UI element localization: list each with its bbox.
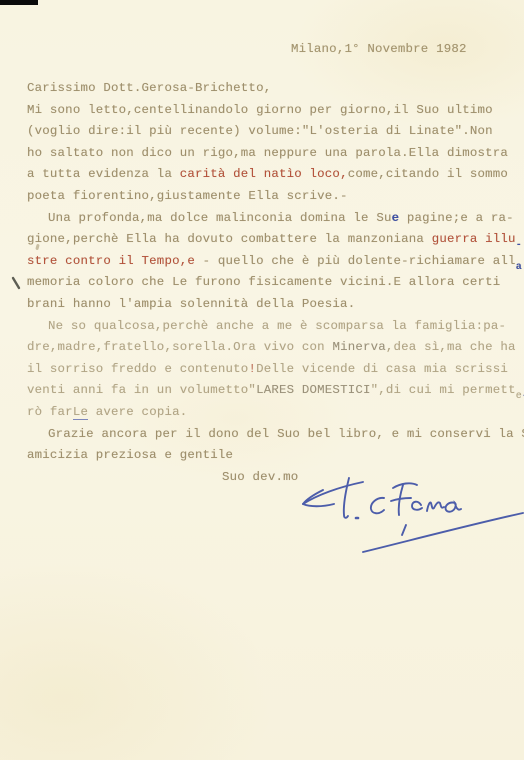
text-segment: Minerva xyxy=(332,340,385,354)
text-segment: avere copia. xyxy=(88,405,187,419)
letter-line: memoria coloro che Le furono fisicamente… xyxy=(27,272,513,294)
text-segment: (voglio dire:il più recente) volume:"L'o… xyxy=(27,124,493,138)
text-segment: a xyxy=(516,262,522,273)
letter-line: Ne so qualcosa,perchè anche a me è scomp… xyxy=(27,316,513,338)
text-segment: ! xyxy=(248,362,256,376)
letter-line: (voglio dire:il più recente) volume:"L'o… xyxy=(27,121,513,143)
letter-line: rò farLe avere copia. xyxy=(27,402,513,424)
text-segment: rò far xyxy=(27,405,73,419)
text-segment: a tutta evidenza la xyxy=(27,167,180,181)
signature-underline xyxy=(363,513,523,552)
letter-line: a tutta evidenza la carità del natìo loc… xyxy=(27,164,513,186)
text-segment: poeta fiorentino,giustamente Ella scrive… xyxy=(27,189,348,203)
text-segment: il sorriso freddo e contenuto xyxy=(27,362,248,376)
letter-line: amicizia preziosa e gentile xyxy=(27,445,513,467)
text-segment: memoria coloro che Le furono fisicamente… xyxy=(27,275,500,289)
letter-line: Grazie ancora per il dono del Suo bel li… xyxy=(27,424,513,446)
text-segment: - quello che è più dolente-richiamare al… xyxy=(195,254,516,268)
text-segment: ho saltato non dico un rigo,ma neppure u… xyxy=(27,146,508,160)
text-segment: pagine;e a ra- xyxy=(399,211,514,225)
text-segment: Carissimo Dott.Gerosa-Brichetto, xyxy=(27,81,271,95)
letter-line: dre,madre,fratello,sorella.Ora vivo con … xyxy=(27,337,513,359)
text-segment: - xyxy=(516,240,522,251)
letter-line: venti anni fa in un volumetto"LARES DOME… xyxy=(27,380,513,402)
text-segment: come,citando il sommo xyxy=(348,167,508,181)
text-segment: Una profonda,ma dolce malinconia domina … xyxy=(48,211,392,225)
text-segment: Delle vicende di casa mia scrissi xyxy=(256,362,508,376)
text-segment: guerra illu xyxy=(432,232,516,246)
signature-handwriting xyxy=(293,468,524,563)
letter-line: il sorriso freddo e contenuto!Delle vice… xyxy=(27,359,513,381)
text-segment: amicizia preziosa e gentile xyxy=(27,448,233,462)
letter-line: poeta fiorentino,giustamente Ella scrive… xyxy=(27,186,513,208)
text-segment: LARES DOMESTICI xyxy=(256,383,371,397)
letter-line: gione,perchè Ella ha dovuto combattere l… xyxy=(27,229,513,251)
letter-date: Milano,1° Novembre 1982 xyxy=(291,42,467,56)
text-segment: stre contro il Tempo,e xyxy=(27,254,195,268)
letter-line: Mi sono letto,centellinandolo giorno per… xyxy=(27,100,513,122)
text-segment: Mi sono letto,centellinandolo giorno per… xyxy=(27,103,493,117)
text-segment: venti anni fa in un volumetto" xyxy=(27,383,256,397)
text-segment: ,dea sì,ma che ha xyxy=(386,340,516,354)
letter-body: Carissimo Dott.Gerosa-Brichetto,Mi sono … xyxy=(27,78,513,488)
text-segment: Le xyxy=(73,405,88,420)
letter-line: Una profonda,ma dolce malinconia domina … xyxy=(27,208,513,230)
margin-pen-mark xyxy=(10,275,24,295)
text-segment: Grazie ancora per il dono del Suo bel li… xyxy=(48,427,524,441)
text-segment: carità del natìo loco, xyxy=(180,167,348,181)
text-segment: Suo dev.mo xyxy=(222,470,298,484)
letter-line: ho saltato non dico un rigo,ma neppure u… xyxy=(27,143,513,165)
salutation: Carissimo Dott.Gerosa-Brichetto, xyxy=(27,78,513,100)
scan-artifact-bar xyxy=(0,0,38,5)
text-segment: dre,madre,fratello,sorella.Ora vivo con xyxy=(27,340,332,354)
text-segment: brani hanno l'ampia solennità della Poes… xyxy=(27,297,355,311)
text-segment: Ne so qualcosa,perchè anche a me è scomp… xyxy=(48,319,506,333)
text-segment: ",di cui mi permett xyxy=(371,383,516,397)
letter-line: brani hanno l'ampia solennità della Poes… xyxy=(27,294,513,316)
letter-line: stre contro il Tempo,e - quello che è pi… xyxy=(27,251,513,273)
text-segment: gione,perchè Ella ha dovuto combattere l… xyxy=(27,232,432,246)
